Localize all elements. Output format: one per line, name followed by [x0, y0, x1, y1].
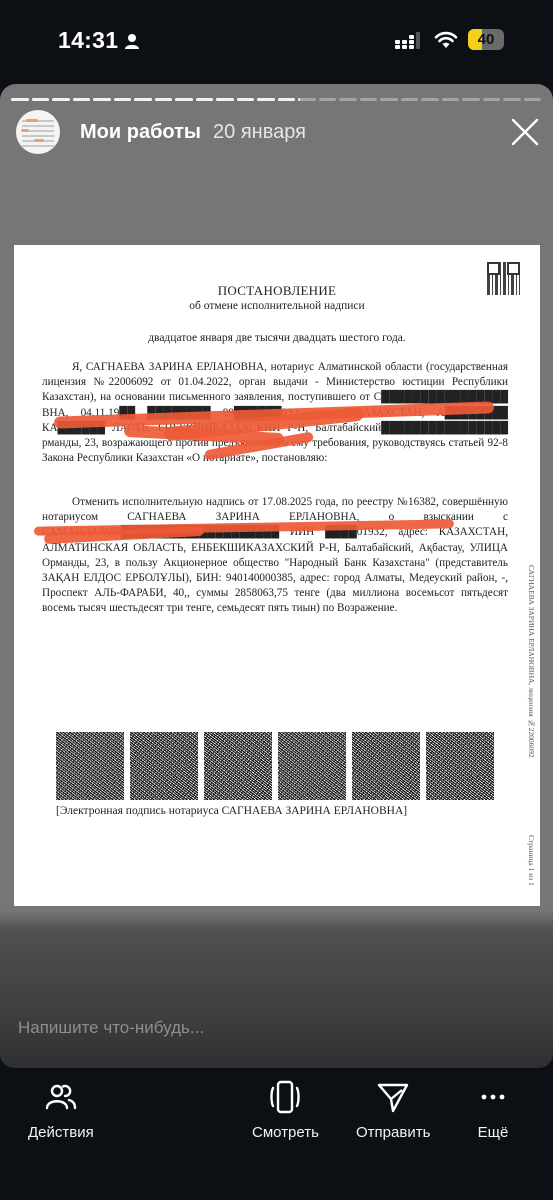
progress-segment [319, 98, 337, 101]
signature-caption: [Электронная подпись нотариуса САГНАЕВА … [56, 805, 407, 817]
progress-segment [278, 98, 296, 101]
progress-segment [462, 98, 480, 101]
person-icon [124, 33, 140, 49]
progress-segment [93, 98, 111, 101]
story-header: Мои работы 20 января [16, 109, 541, 155]
bottom-action-bar: Действия Смотреть Отправить Ещё [0, 1068, 553, 1200]
progress-segment [32, 98, 50, 101]
signature-code-block [352, 732, 420, 800]
document-image: ПОСТАНОВЛЕНИЕ об отмене исполнительной н… [14, 245, 540, 906]
progress-segment [73, 98, 91, 101]
progress-segment [401, 98, 419, 101]
actions-button[interactable]: Действия [28, 1080, 94, 1141]
progress-segment [339, 98, 357, 101]
progress-segment [216, 98, 234, 101]
story-author[interactable]: Мои работы [80, 121, 201, 144]
progress-segment [360, 98, 378, 101]
progress-segment [503, 98, 521, 101]
send-label: Отправить [356, 1124, 430, 1141]
send-icon [376, 1080, 410, 1114]
signature-code-block [56, 732, 124, 800]
battery-label: 40 [468, 31, 504, 48]
signature-code-block [204, 732, 272, 800]
view-label: Смотреть [252, 1124, 319, 1141]
document-subtitle: об отмене исполнительной надписи [14, 300, 540, 312]
story-viewer[interactable]: Мои работы 20 января ПОСТАНОВЛЕНИЕ об от… [0, 84, 553, 1068]
progress-segment [52, 98, 70, 101]
more-icon [476, 1080, 510, 1114]
progress-segment [442, 98, 460, 101]
cellular-signal-icon [395, 32, 421, 50]
send-button[interactable]: Отправить [356, 1080, 430, 1141]
progress-segment [134, 98, 152, 101]
progress-segment [421, 98, 439, 101]
progress-segment [155, 98, 173, 101]
document-title: ПОСТАНОВЛЕНИЕ [14, 283, 540, 299]
device-view-icon [268, 1080, 302, 1114]
progress-segment [298, 98, 316, 101]
status-bar: 14:31 40 [0, 0, 553, 84]
people-icon [44, 1080, 78, 1114]
reply-input[interactable]: Напишите что-нибудь... [18, 1018, 204, 1038]
progress-segment [237, 98, 255, 101]
progress-segment [11, 98, 29, 101]
battery-icon: 40 [468, 29, 504, 50]
progress-segment [483, 98, 501, 101]
close-icon[interactable] [509, 116, 541, 148]
page-number-text: Страница 1 из 1 [527, 835, 536, 886]
more-label: Ещё [478, 1124, 509, 1141]
progress-segment [257, 98, 275, 101]
avatar[interactable] [16, 110, 60, 154]
more-button[interactable]: Ещё [476, 1080, 510, 1141]
signature-code-block [130, 732, 198, 800]
document-paragraph-2: Отменить исполнительную надпись от 17.08… [42, 495, 508, 617]
progress-segment [196, 98, 214, 101]
signature-codes [56, 732, 494, 800]
progress-segment [175, 98, 193, 101]
signature-code-block [278, 732, 346, 800]
view-button[interactable]: Смотреть [252, 1080, 319, 1141]
actions-label: Действия [28, 1124, 94, 1141]
story-progress-bar [11, 98, 541, 101]
story-date: 20 января [213, 121, 306, 144]
progress-segment [114, 98, 132, 101]
wifi-icon [434, 31, 458, 49]
document-date: двадцатое января две тысячи двадцать шес… [14, 332, 540, 344]
status-time: 14:31 [58, 27, 118, 54]
paragraph-text: Отменить исполнительную надпись от 17.08… [42, 495, 508, 617]
progress-segment [524, 98, 542, 101]
signature-code-block [426, 732, 494, 800]
margin-license-text: САГНАЕВА ЗАРИНА ЕРЛАНОВНА, лицензия №220… [527, 565, 536, 758]
progress-segment [380, 98, 398, 101]
